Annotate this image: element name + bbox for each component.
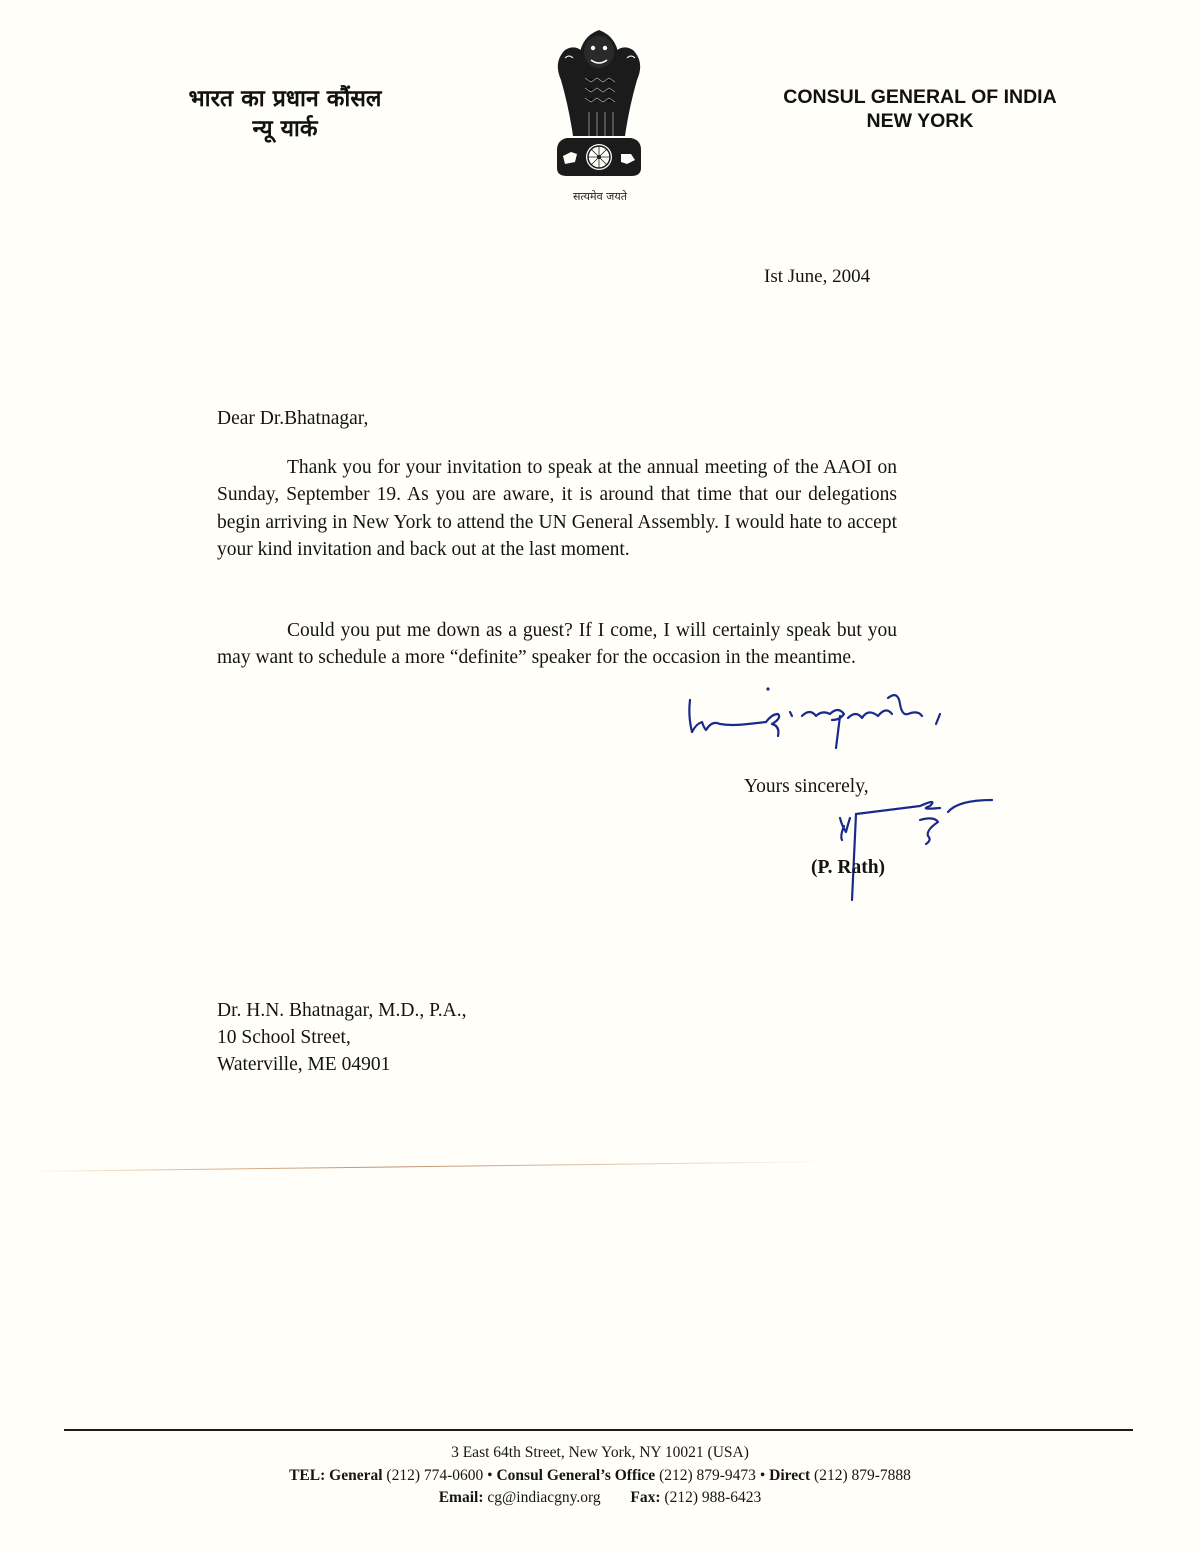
recipient-line1: Dr. H.N. Bhatnagar, M.D., P.A.,: [217, 997, 466, 1024]
recipient-line3: Waterville, ME 04901: [217, 1051, 466, 1078]
general-phone: (212) 774-0600: [386, 1467, 483, 1484]
separator: •: [487, 1467, 492, 1484]
paper-fold-line: [30, 1161, 830, 1172]
hindi-title-line1: भारत का प्रधान कौंसल: [150, 84, 420, 114]
national-emblem-icon: [543, 18, 655, 208]
office-label: Consul General’s Office: [496, 1467, 655, 1484]
general-label: General: [329, 1467, 382, 1484]
closing: Yours sincerely,: [744, 776, 869, 798]
recipient-address: Dr. H.N. Bhatnagar, M.D., P.A., 10 Schoo…: [217, 997, 466, 1078]
handwritten-signature: [800, 796, 1000, 906]
separator: •: [760, 1467, 765, 1484]
letter-date: Ist June, 2004: [764, 266, 870, 288]
paragraph-2: Could you put me down as a guest? If I c…: [217, 617, 897, 672]
direct-label: Direct: [769, 1467, 810, 1484]
footer-divider: [64, 1429, 1133, 1431]
direct-phone: (212) 879-7888: [814, 1467, 911, 1484]
footer-contacts: Email: cg@indiacgny.org Fax: (212) 988-6…: [60, 1487, 1140, 1510]
hindi-title-line2: न्यू यार्क: [150, 114, 420, 144]
english-title-line2: NEW YORK: [740, 109, 1100, 133]
footer-address: 3 East 64th Street, New York, NY 10021 (…: [60, 1442, 1140, 1465]
fax-number: (212) 988-6423: [664, 1489, 761, 1506]
email-label: Email:: [439, 1489, 484, 1506]
email-link[interactable]: cg@indiacgny.org: [487, 1489, 600, 1506]
emblem-motto: सत्यमेव जयते: [530, 189, 670, 204]
hindi-letterhead: भारत का प्रधान कौंसल न्यू यार्क: [150, 84, 420, 144]
tel-label: TEL:: [289, 1467, 325, 1484]
salutation: Dear Dr.Bhatnagar,: [217, 405, 368, 432]
english-letterhead: CONSUL GENERAL OF INDIA NEW YORK: [740, 85, 1100, 133]
office-phone: (212) 879-9473: [659, 1467, 756, 1484]
paragraph-1: Thank you for your invitation to speak a…: [217, 454, 897, 564]
fax-label: Fax:: [630, 1489, 660, 1506]
footer-phones: TEL: General (212) 774-0600 • Consul Gen…: [60, 1465, 1140, 1488]
handwritten-regards-note: [672, 684, 1022, 754]
signer-name: (P. Rath): [811, 857, 885, 879]
letterhead-footer: 3 East 64th Street, New York, NY 10021 (…: [60, 1442, 1140, 1510]
recipient-line2: 10 School Street,: [217, 1024, 466, 1051]
english-title-line1: CONSUL GENERAL OF INDIA: [740, 85, 1100, 109]
